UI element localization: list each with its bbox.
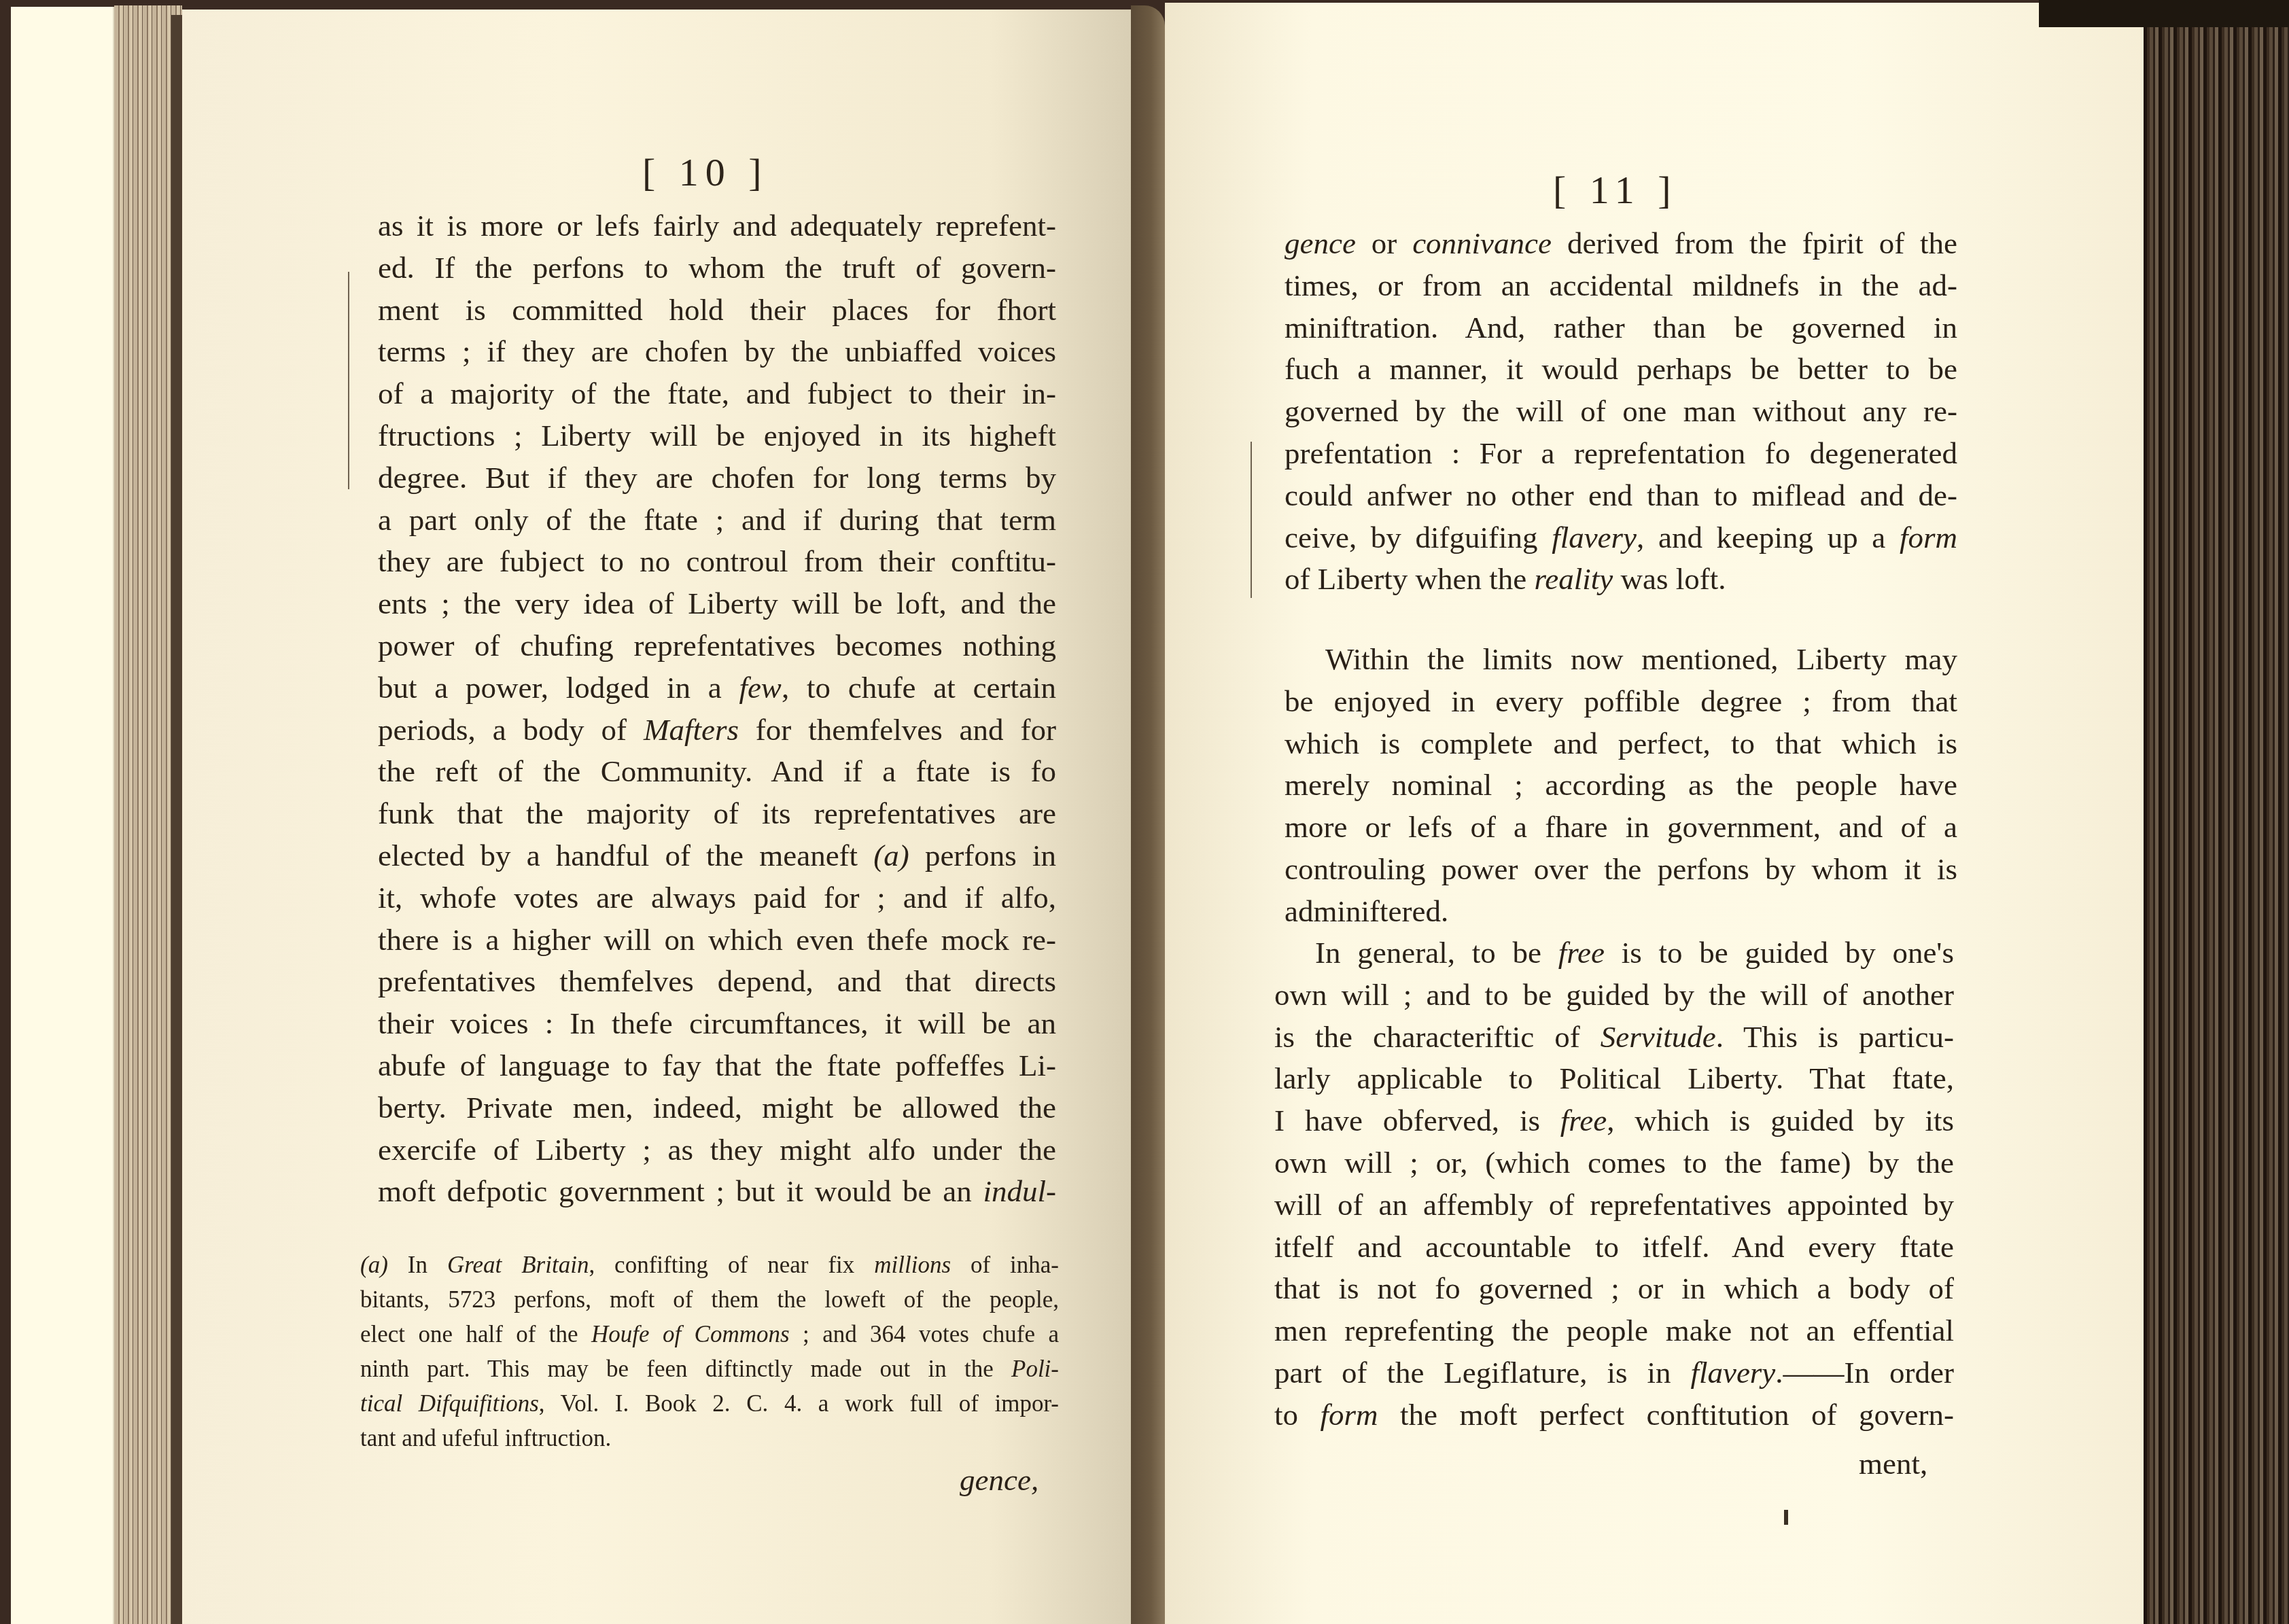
text-line: tant and ufeful inftruction. <box>360 1421 1059 1455</box>
text-line: the reft of the Community. And if a ftat… <box>378 751 1056 793</box>
text-line: governed by the will of one man without … <box>1285 391 1957 433</box>
text-line: periods, a body of Mafters for themfelve… <box>378 709 1056 752</box>
text-line: a part only of the ftate ; and if during… <box>378 499 1056 542</box>
text-line: miniftration. And, rather than be govern… <box>1285 307 1957 349</box>
text-line: they are fubject to no controul from the… <box>378 541 1056 583</box>
text-line: ed. If the perfons to whom the truft of … <box>378 247 1056 289</box>
text-line: gence or connivance derived from the fpi… <box>1285 223 1957 265</box>
text-line: abufe of language to fay that the ftate … <box>378 1045 1056 1087</box>
text-line: larly applicable to Political Liberty. T… <box>1274 1058 1954 1100</box>
text-line: that is not fo governed ; or in which a … <box>1274 1268 1954 1310</box>
text-line: I have obferved, is free, which is guide… <box>1274 1100 1954 1142</box>
text-line: funk that the majority of its reprefenta… <box>378 793 1056 835</box>
text-line: itfelf and accountable to itfelf. And ev… <box>1274 1226 1954 1269</box>
text-line: to form the moft perfect conftitution of… <box>1274 1394 1954 1436</box>
text-line: part of the Legiflature, is in flavery.—… <box>1274 1352 1954 1394</box>
text-line: times, or from an accidental mildnefs in… <box>1285 265 1957 307</box>
text-line: there is a higher will on which even the… <box>378 919 1056 961</box>
text-line: (a) In Great Britain, confifting of near… <box>360 1248 1059 1282</box>
left-page-number: [ 10 ] <box>642 149 769 195</box>
right-page-edges <box>2144 27 2289 1624</box>
footnote: (a) In Great Britain, confifting of near… <box>360 1248 1059 1455</box>
text-line: In general, to be free is to be guided b… <box>1274 932 1954 974</box>
text-line: elected by a handful of the meaneft (a) … <box>378 835 1056 877</box>
signature-mark <box>1784 1510 1788 1525</box>
text-line: but a power, lodged in a few, to chufe a… <box>378 667 1056 709</box>
text-line: elect one half of the Houfe of Commons ;… <box>360 1317 1059 1352</box>
text-line: ment is committed hold their places for … <box>378 289 1056 332</box>
text-line: which is complete and perfect, to that w… <box>1285 723 1957 765</box>
text-line: own will ; and to be guided by the will … <box>1274 974 1954 1017</box>
text-line: fuch a manner, it would perhaps be bette… <box>1285 349 1957 391</box>
text-line: power of chufing reprefentatives becomes… <box>378 625 1056 667</box>
text-line: adminiftered. <box>1285 891 1957 933</box>
right-paragraph-1: gence or connivance derived from the fpi… <box>1285 223 1957 601</box>
text-line: merely nominal ; according as the people… <box>1285 764 1957 807</box>
text-line: ftructions ; Liberty will be enjoyed in … <box>378 415 1056 457</box>
text-line: own will ; or, (which comes to the fame)… <box>1274 1142 1954 1184</box>
right-paragraph-2: Within the limits now mentioned, Liberty… <box>1285 639 1957 933</box>
text-line: as it is more or lefs fairly and adequat… <box>378 205 1056 247</box>
margin-pencil-mark-right <box>1251 442 1252 598</box>
text-line: ceive, by difguifing flavery, and keepin… <box>1285 517 1957 559</box>
text-line: will of an affembly of reprefentatives a… <box>1274 1184 1954 1226</box>
cover-top-edge <box>2039 0 2289 27</box>
text-line: could anfwer no other end than to miflea… <box>1285 475 1957 517</box>
text-line: degree. But if they are chofen for long … <box>378 457 1056 499</box>
text-line: more or lefs of a fhare in government, a… <box>1285 807 1957 849</box>
text-line: prefentatives themfelves depend, and tha… <box>378 961 1056 1003</box>
text-line: of Liberty when the reality was loft. <box>1285 559 1957 601</box>
right-page-number: [ 11 ] <box>1553 167 1677 213</box>
book-gutter <box>1131 5 1165 1624</box>
left-page-body: as it is more or lefs fairly and adequat… <box>378 205 1056 1213</box>
left-catchword: gence, <box>960 1462 1038 1498</box>
flyleaf <box>11 7 114 1624</box>
text-line: is the characteriftic of Servitude. This… <box>1274 1017 1954 1059</box>
text-line: tical Difquifitions, Vol. I. Book 2. C. … <box>360 1386 1059 1421</box>
text-line: berty. Private men, indeed, might be all… <box>378 1087 1056 1129</box>
left-page-edge-shadow <box>171 15 182 1624</box>
right-catchword: ment, <box>1859 1446 1927 1481</box>
text-line: ents ; the very idea of Liberty will be … <box>378 583 1056 625</box>
text-line: controuling power over the perfons by wh… <box>1285 849 1957 891</box>
text-line: men reprefenting the people make not an … <box>1274 1310 1954 1352</box>
text-line: be enjoyed in every poffible degree ; fr… <box>1285 681 1957 723</box>
text-line: of a majority of the ftate, and fubject … <box>378 373 1056 415</box>
text-line: Within the limits now mentioned, Liberty… <box>1285 639 1957 681</box>
text-line: it, whofe votes are always paid for ; an… <box>378 877 1056 919</box>
text-line: moft defpotic government ; but it would … <box>378 1171 1056 1213</box>
text-line: bitants, 5723 perfons, moft of them the … <box>360 1282 1059 1317</box>
text-line: exercife of Liberty ; as they might alfo… <box>378 1129 1056 1171</box>
margin-pencil-mark <box>348 272 349 489</box>
text-line: prefentation : For a reprefentation fo d… <box>1285 433 1957 475</box>
text-line: ninth part. This may be feen diftinctly … <box>360 1352 1059 1386</box>
text-line: their voices : In thefe circumftances, i… <box>378 1003 1056 1045</box>
right-paragraph-3: In general, to be free is to be guided b… <box>1274 932 1954 1436</box>
text-line: terms ; if they are chofen by the unbiaf… <box>378 331 1056 373</box>
